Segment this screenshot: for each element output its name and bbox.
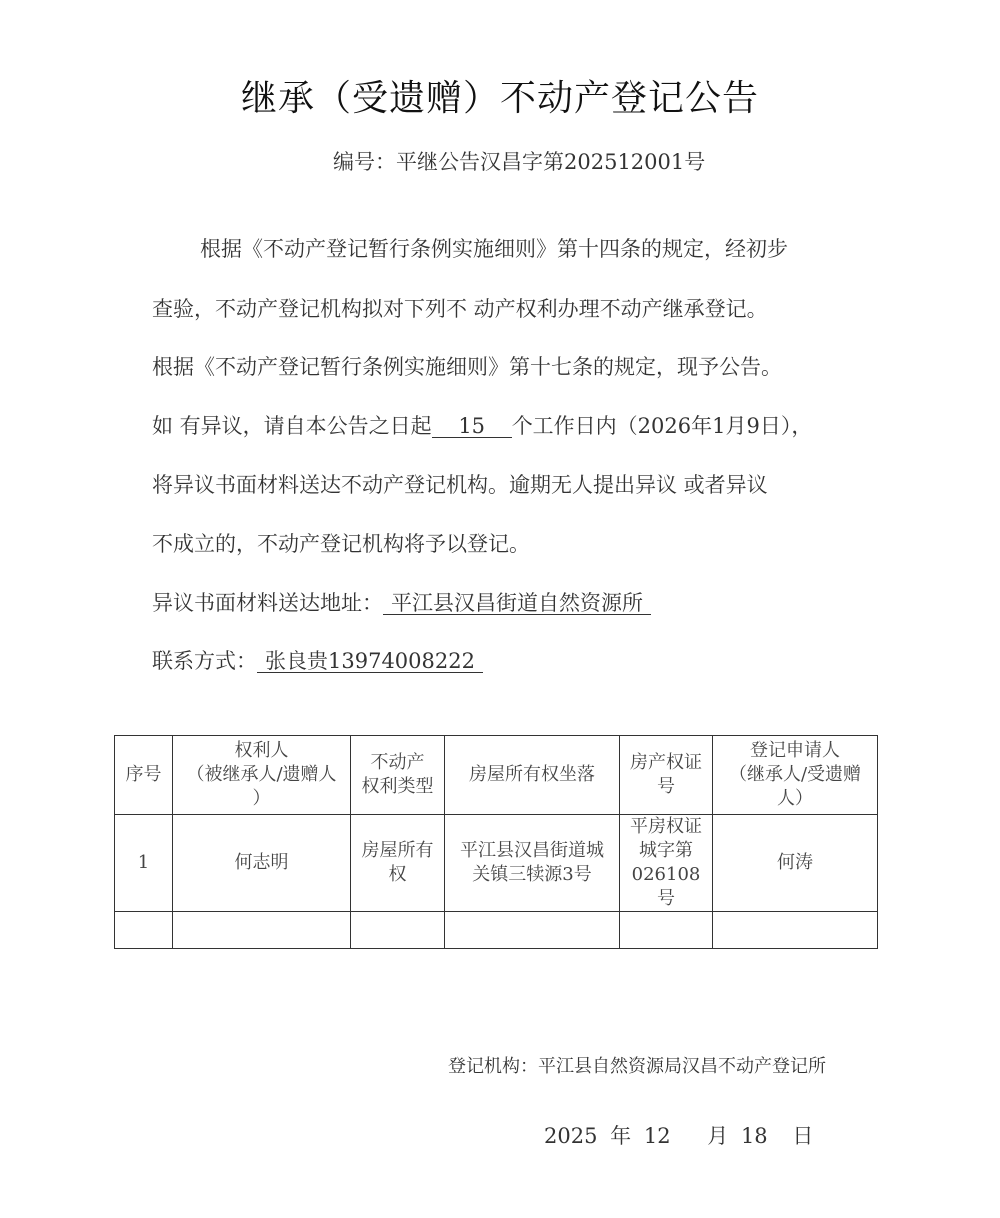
cell-index — [115, 912, 173, 949]
registry-organization-label: 登记机构： — [448, 1056, 538, 1077]
document-number-value: 平继公告汉昌字第202512001号 — [396, 150, 705, 174]
body-line-3: 根据《不动产登记暂行条例实施细则》第十七条的规定，现予公告。 — [152, 351, 782, 381]
objection-address-label: 异议书面材料送达地址： — [152, 591, 383, 615]
date-month: 12 — [644, 1124, 671, 1148]
contact-label: 联系方式： — [152, 649, 257, 673]
registration-table: 序号 权利人 （被继承人/遗赠人 ） 不动产 权利类型 房屋所有权坐落 房产权证… — [114, 735, 878, 949]
cell-holder: 何志明 — [173, 815, 351, 912]
date-year-unit: 年 — [610, 1124, 631, 1148]
contact-value: 张良贵13974008222 — [257, 650, 483, 673]
body-line-4: 如 有异议，请自本公告之日起15个工作日内（2026年1月9日）， — [152, 410, 812, 440]
date-month-unit: 月 — [707, 1124, 728, 1148]
body-line-1: 根据《不动产登记暂行条例实施细则》第十四条的规定，经初步 — [200, 233, 788, 263]
cell-holder — [173, 912, 351, 949]
body-line-6: 不成立的，不动产登记机构将予以登记。 — [152, 528, 530, 558]
announcement-date: 2025 年 12 月 18 日 — [544, 1120, 813, 1150]
table-row: 1 何志明 房屋所有 权 平江县汉昌街道城 关镇三犊源3号 平房权证 城字第 0… — [115, 815, 878, 912]
header-applicant: 登记申请人 （继承人/受遗赠 人） — [713, 736, 878, 815]
objection-address: 异议书面材料送达地址：平江县汉昌街道自然资源所 — [152, 587, 651, 617]
header-holder: 权利人 （被继承人/遗赠人 ） — [173, 736, 351, 815]
registry-organization-value: 平江县自然资源局汉昌不动产登记所 — [538, 1056, 826, 1077]
body-line-5: 将异议书面材料送达不动产登记机构。逾期无人提出异议 或者异议 — [152, 469, 768, 499]
table-row-empty — [115, 912, 878, 949]
date-day-unit: 日 — [792, 1124, 813, 1148]
objection-days: 15 — [432, 415, 512, 438]
cell-applicant: 何涛 — [713, 815, 878, 912]
header-location: 房屋所有权坐落 — [445, 736, 620, 815]
header-right-type: 不动产 权利类型 — [351, 736, 445, 815]
cell-certificate — [620, 912, 713, 949]
date-day: 18 — [741, 1124, 768, 1148]
cell-certificate: 平房权证 城字第 026108号 — [620, 815, 713, 912]
cell-location: 平江县汉昌街道城 关镇三犊源3号 — [445, 815, 620, 912]
date-year: 2025 — [544, 1124, 597, 1148]
header-certificate: 房产权证 号 — [620, 736, 713, 815]
body-line-2: 查验，不动产登记机构拟对下列不 动产权利办理不动产继承登记。 — [152, 293, 768, 323]
contact-info: 联系方式：张良贵13974008222 — [152, 645, 483, 675]
table-header-row: 序号 权利人 （被继承人/遗赠人 ） 不动产 权利类型 房屋所有权坐落 房产权证… — [115, 736, 878, 815]
document-number-label: 编号： — [333, 150, 396, 174]
cell-right-type — [351, 912, 445, 949]
registry-organization: 登记机构：平江县自然资源局汉昌不动产登记所 — [448, 1052, 826, 1078]
document-number: 编号：平继公告汉昌字第202512001号 — [333, 146, 705, 176]
objection-address-value: 平江县汉昌街道自然资源所 — [383, 592, 651, 615]
cell-right-type: 房屋所有 权 — [351, 815, 445, 912]
objection-period-prefix: 如 有异议，请自本公告之日起 — [152, 414, 432, 438]
document-title: 继承（受遗赠）不动产登记公告 — [0, 70, 1000, 121]
cell-index: 1 — [115, 815, 173, 912]
cell-applicant — [713, 912, 878, 949]
cell-location — [445, 912, 620, 949]
objection-period-suffix: 个工作日内（2026年1月9日）， — [512, 414, 813, 438]
header-index: 序号 — [115, 736, 173, 815]
